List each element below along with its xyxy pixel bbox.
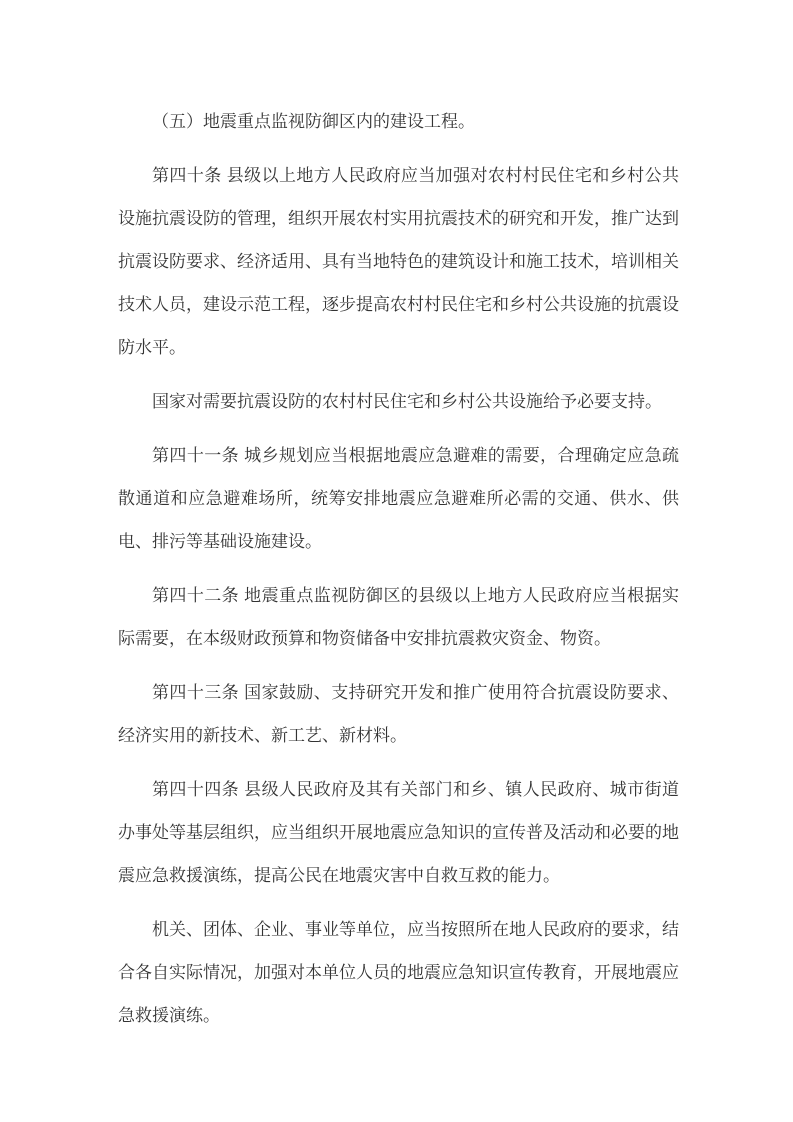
para-article-44: 第四十四条 县级人民政府及其有关部门和乡、镇人民政府、城市街道办事处等基层组织，… [118,768,679,897]
para-article-40: 第四十条 县级以上地方人民政府应当加强对农村村民住宅和乡村公共设施抗震设防的管理… [118,154,679,369]
para-article-44-units: 机关、团体、企业、事业等单位，应当按照所在地人民政府的要求，结合各自实际情况，加… [118,908,679,1037]
para-clause-5: （五）地震重点监视防御区内的建设工程。 [118,100,679,143]
para-article-43: 第四十三条 国家鼓励、支持研究开发和推广使用符合抗震设防要求、经济实用的新技术、… [118,671,679,757]
document-page: （五）地震重点监视防御区内的建设工程。 第四十条 县级以上地方人民政府应当加强对… [0,0,793,1122]
para-article-40-support: 国家对需要抗震设防的农村村民住宅和乡村公共设施给予必要支持。 [118,380,679,423]
para-article-42: 第四十二条 地震重点监视防御区的县级以上地方人民政府应当根据实际需要，在本级财政… [118,574,679,660]
document-body: （五）地震重点监视防御区内的建设工程。 第四十条 县级以上地方人民政府应当加强对… [118,100,679,1037]
para-article-41: 第四十一条 城乡规划应当根据地震应急避难的需要，合理确定应急疏散通道和应急避难场… [118,434,679,563]
